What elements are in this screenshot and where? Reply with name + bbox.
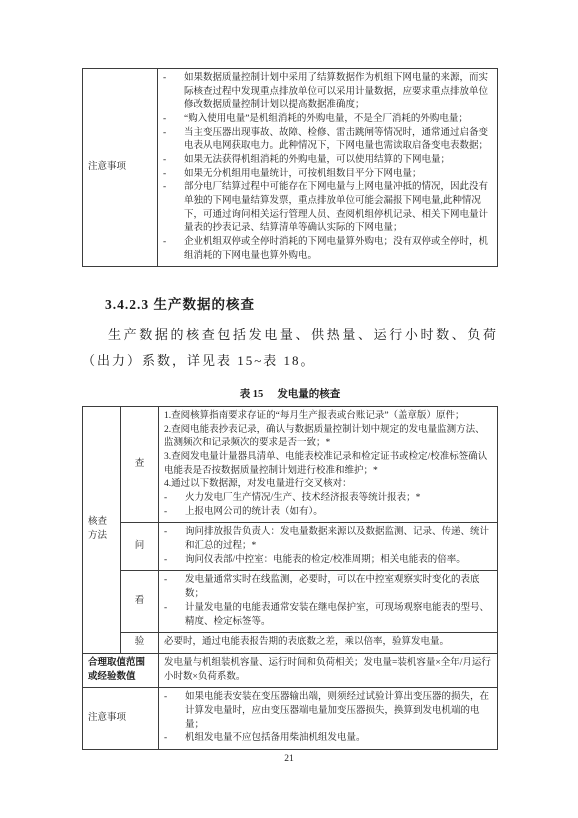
list-item: -如果无法获得机组消耗的外购电量，可以使用结算的下网电量； bbox=[163, 154, 492, 168]
list-item: -如果无分机组用电量统计，可按机组数目平分下网电量； bbox=[163, 168, 492, 182]
list-item-text: 如果电能表安装在变压器输出端，则须经过试验计算出变压器的损失，在计算发电量时，应… bbox=[185, 691, 492, 732]
bullet-dash-icon: - bbox=[164, 691, 185, 732]
list-item: -询问排放报告负责人：发电量数据来源以及数据监测、记录、传递、统计和汇总的过程；… bbox=[164, 526, 492, 553]
list-item: -机组发电量不应包括备用柴油机组发电量。 bbox=[164, 732, 492, 746]
numbered-item: 2.查阅电能表抄表记录，确认与数据质量控制计划中规定的发电量监测方法、监测频次和… bbox=[164, 424, 492, 451]
list-item-text: 发电量通常实时在线监测，必要时，可以在中控室观察实时变化的表底数； bbox=[185, 574, 492, 601]
numbered-item: 1.查阅核算指南要求存证的“每月生产报表或台账记录”（盖章版）原件； bbox=[164, 410, 492, 424]
list-item-text: 询问排放报告负责人：发电量数据来源以及数据监测、记录、传递、统计和汇总的过程；* bbox=[185, 526, 492, 553]
table-row: 看 -发电量通常实时在线监测，必要时，可以在中控室观察实时变化的表底数； -计量… bbox=[83, 571, 498, 633]
list-item-text: 如果无法获得机组消耗的外购电量，可以使用结算的下网电量； bbox=[184, 154, 492, 168]
notes-row-content: -如果电能表安装在变压器输出端，则须经过试验计算出变压器的损失，在计算发电量时，… bbox=[159, 688, 498, 750]
notes-table-label: 注意事项 bbox=[83, 69, 158, 267]
bullet-dash-icon: - bbox=[163, 154, 184, 168]
check-row-content: 1.查阅核算指南要求存证的“每月生产报表或台账记录”（盖章版）原件； 2.查阅电… bbox=[159, 407, 498, 523]
range-row-label: 合理取值范围或经验数值 bbox=[83, 653, 159, 687]
notes-table: 注意事项 -如果数据质量控制计划中采用了结算数据作为机组下网电量的来源，而实际核… bbox=[82, 68, 498, 267]
row-label-verify: 验 bbox=[121, 633, 159, 654]
bullet-dash-icon: - bbox=[164, 506, 185, 520]
table-caption: 表 15发电量的核查 bbox=[82, 386, 498, 401]
list-item-text: 上报电网公司的统计表（如有）。 bbox=[185, 506, 492, 520]
bullet-dash-icon: - bbox=[163, 127, 184, 154]
verify-row-content: 必要时，通过电能表报告期的表底数之差，乘以倍率，验算发电量。 bbox=[159, 633, 498, 654]
list-item: -火力发电厂生产情况/生产、技术经济报表等统计报表；* bbox=[164, 492, 492, 506]
notes-row-label: 注意事项 bbox=[83, 688, 159, 750]
table-row: 注意事项 -如果数据质量控制计划中采用了结算数据作为机组下网电量的来源，而实际核… bbox=[83, 69, 498, 267]
bullet-dash-icon: - bbox=[164, 526, 185, 553]
table-row: 合理取值范围或经验数值 发电量与机组装机容量、运行时间和负荷相关；发电量=装机容… bbox=[83, 653, 498, 687]
bullet-dash-icon: - bbox=[164, 732, 185, 746]
table-row: 注意事项 -如果电能表安装在变压器输出端，则须经过试验计算出变压器的损失，在计算… bbox=[83, 688, 498, 750]
method-label: 核查方法 bbox=[83, 407, 121, 654]
table-row: 问 -询问排放报告负责人：发电量数据来源以及数据监测、记录、传递、统计和汇总的过… bbox=[83, 523, 498, 571]
bullet-dash-icon: - bbox=[164, 554, 185, 568]
bullet-dash-icon: - bbox=[164, 602, 185, 629]
list-item: -发电量通常实时在线监测，必要时，可以在中控室观察实时变化的表底数； bbox=[164, 574, 492, 601]
section-paragraph: 生产数据的核查包括发电量、供热量、运行小时数、负荷（出力）系数，详见表 15~表… bbox=[82, 322, 498, 373]
list-item-text: 部分电厂结算过程中可能存在下网电量与上网电量冲抵的情况，因此没有单独的下网电量结… bbox=[184, 181, 492, 236]
bullet-dash-icon: - bbox=[163, 181, 184, 236]
bullet-dash-icon: - bbox=[163, 72, 184, 113]
bullet-dash-icon: - bbox=[164, 574, 185, 601]
bullet-dash-icon: - bbox=[163, 113, 184, 127]
ask-row-content: -询问排放报告负责人：发电量数据来源以及数据监测、记录、传递、统计和汇总的过程；… bbox=[159, 523, 498, 571]
list-item-text: “购入使用电量”是机组消耗的外购电量，不是全厂消耗的外购电量； bbox=[184, 113, 492, 127]
document-page: { "page_number": "21", "bullet_marker": … bbox=[0, 0, 578, 818]
table-row: 核查方法 查 1.查阅核算指南要求存证的“每月生产报表或台账记录”（盖章版）原件… bbox=[83, 407, 498, 523]
bullet-dash-icon: - bbox=[163, 236, 184, 263]
list-item-text: 当主变压器出现事故、故障、检修、雷击跳闸等情况时，通常通过启备变电表从电网获取电… bbox=[184, 127, 492, 154]
bullet-dash-icon: - bbox=[163, 168, 184, 182]
list-item: -如果电能表安装在变压器输出端，则须经过试验计算出变压器的损失，在计算发电量时，… bbox=[164, 691, 492, 732]
page-content: 注意事项 -如果数据质量控制计划中采用了结算数据作为机组下网电量的来源，而实际核… bbox=[82, 68, 498, 750]
look-row-content: -发电量通常实时在线监测，必要时，可以在中控室观察实时变化的表底数； -计量发电… bbox=[159, 571, 498, 633]
list-item: -如果数据质量控制计划中采用了结算数据作为机组下网电量的来源，而实际核查过程中发… bbox=[163, 72, 492, 113]
range-row-content: 发电量与机组装机容量、运行时间和负荷相关；发电量=装机容量×全年/月运行小时数×… bbox=[159, 653, 498, 687]
verification-table: 核查方法 查 1.查阅核算指南要求存证的“每月生产报表或台账记录”（盖章版）原件… bbox=[82, 406, 498, 750]
list-item-text: 如果无分机组用电量统计，可按机组数目平分下网电量； bbox=[184, 168, 492, 182]
list-item: -询问仪表部/中控室：电能表的检定/校准周期；相关电能表的倍率。 bbox=[164, 554, 492, 568]
list-item: -“购入使用电量”是机组消耗的外购电量，不是全厂消耗的外购电量； bbox=[163, 113, 492, 127]
list-item: -计量发电量的电能表通常安装在继电保护室，可现场观察电能表的型号、精度、检定标签… bbox=[164, 602, 492, 629]
section-heading: 3.4.2.3 生产数据的核查 bbox=[105, 293, 498, 313]
list-item: -部分电厂结算过程中可能存在下网电量与上网电量冲抵的情况，因此没有单独的下网电量… bbox=[163, 181, 492, 236]
list-item: -上报电网公司的统计表（如有）。 bbox=[164, 506, 492, 520]
table-row: 验 必要时，通过电能表报告期的表底数之差，乘以倍率，验算发电量。 bbox=[83, 633, 498, 654]
list-item: -企业机组双停或全停时消耗的下网电量算外购电；没有双停或全停时，机组消耗的下网电… bbox=[163, 236, 492, 263]
list-item-text: 企业机组双停或全停时消耗的下网电量算外购电；没有双停或全停时，机组消耗的下网电量… bbox=[184, 236, 492, 263]
table-caption-title: 发电量的核查 bbox=[277, 389, 340, 400]
list-item-text: 机组发电量不应包括备用柴油机组发电量。 bbox=[185, 732, 492, 746]
notes-table-content: -如果数据质量控制计划中采用了结算数据作为机组下网电量的来源，而实际核查过程中发… bbox=[158, 69, 498, 267]
page-number: 21 bbox=[0, 754, 578, 764]
row-label-check: 查 bbox=[121, 407, 159, 523]
numbered-item: 3.查阅发电量计量器具清单、电能表校准记录和检定证书或检定/校准标签确认电能表是… bbox=[164, 451, 492, 478]
list-item: -当主变压器出现事故、故障、检修、雷击跳闸等情况时，通常通过启备变电表从电网获取… bbox=[163, 127, 492, 154]
list-item-text: 询问仪表部/中控室：电能表的检定/校准周期；相关电能表的倍率。 bbox=[185, 554, 492, 568]
row-label-ask: 问 bbox=[121, 523, 159, 571]
list-item-text: 火力发电厂生产情况/生产、技术经济报表等统计报表；* bbox=[185, 492, 492, 506]
list-item-text: 计量发电量的电能表通常安装在继电保护室，可现场观察电能表的型号、精度、检定标签等… bbox=[185, 602, 492, 629]
numbered-item: 4.通过以下数据源，对发电量进行交叉核对： bbox=[164, 478, 492, 492]
table-caption-number: 表 15 bbox=[240, 389, 264, 400]
bullet-dash-icon: - bbox=[164, 492, 185, 506]
row-label-look: 看 bbox=[121, 571, 159, 633]
list-item-text: 如果数据质量控制计划中采用了结算数据作为机组下网电量的来源，而实际核查过程中发现… bbox=[184, 72, 492, 113]
